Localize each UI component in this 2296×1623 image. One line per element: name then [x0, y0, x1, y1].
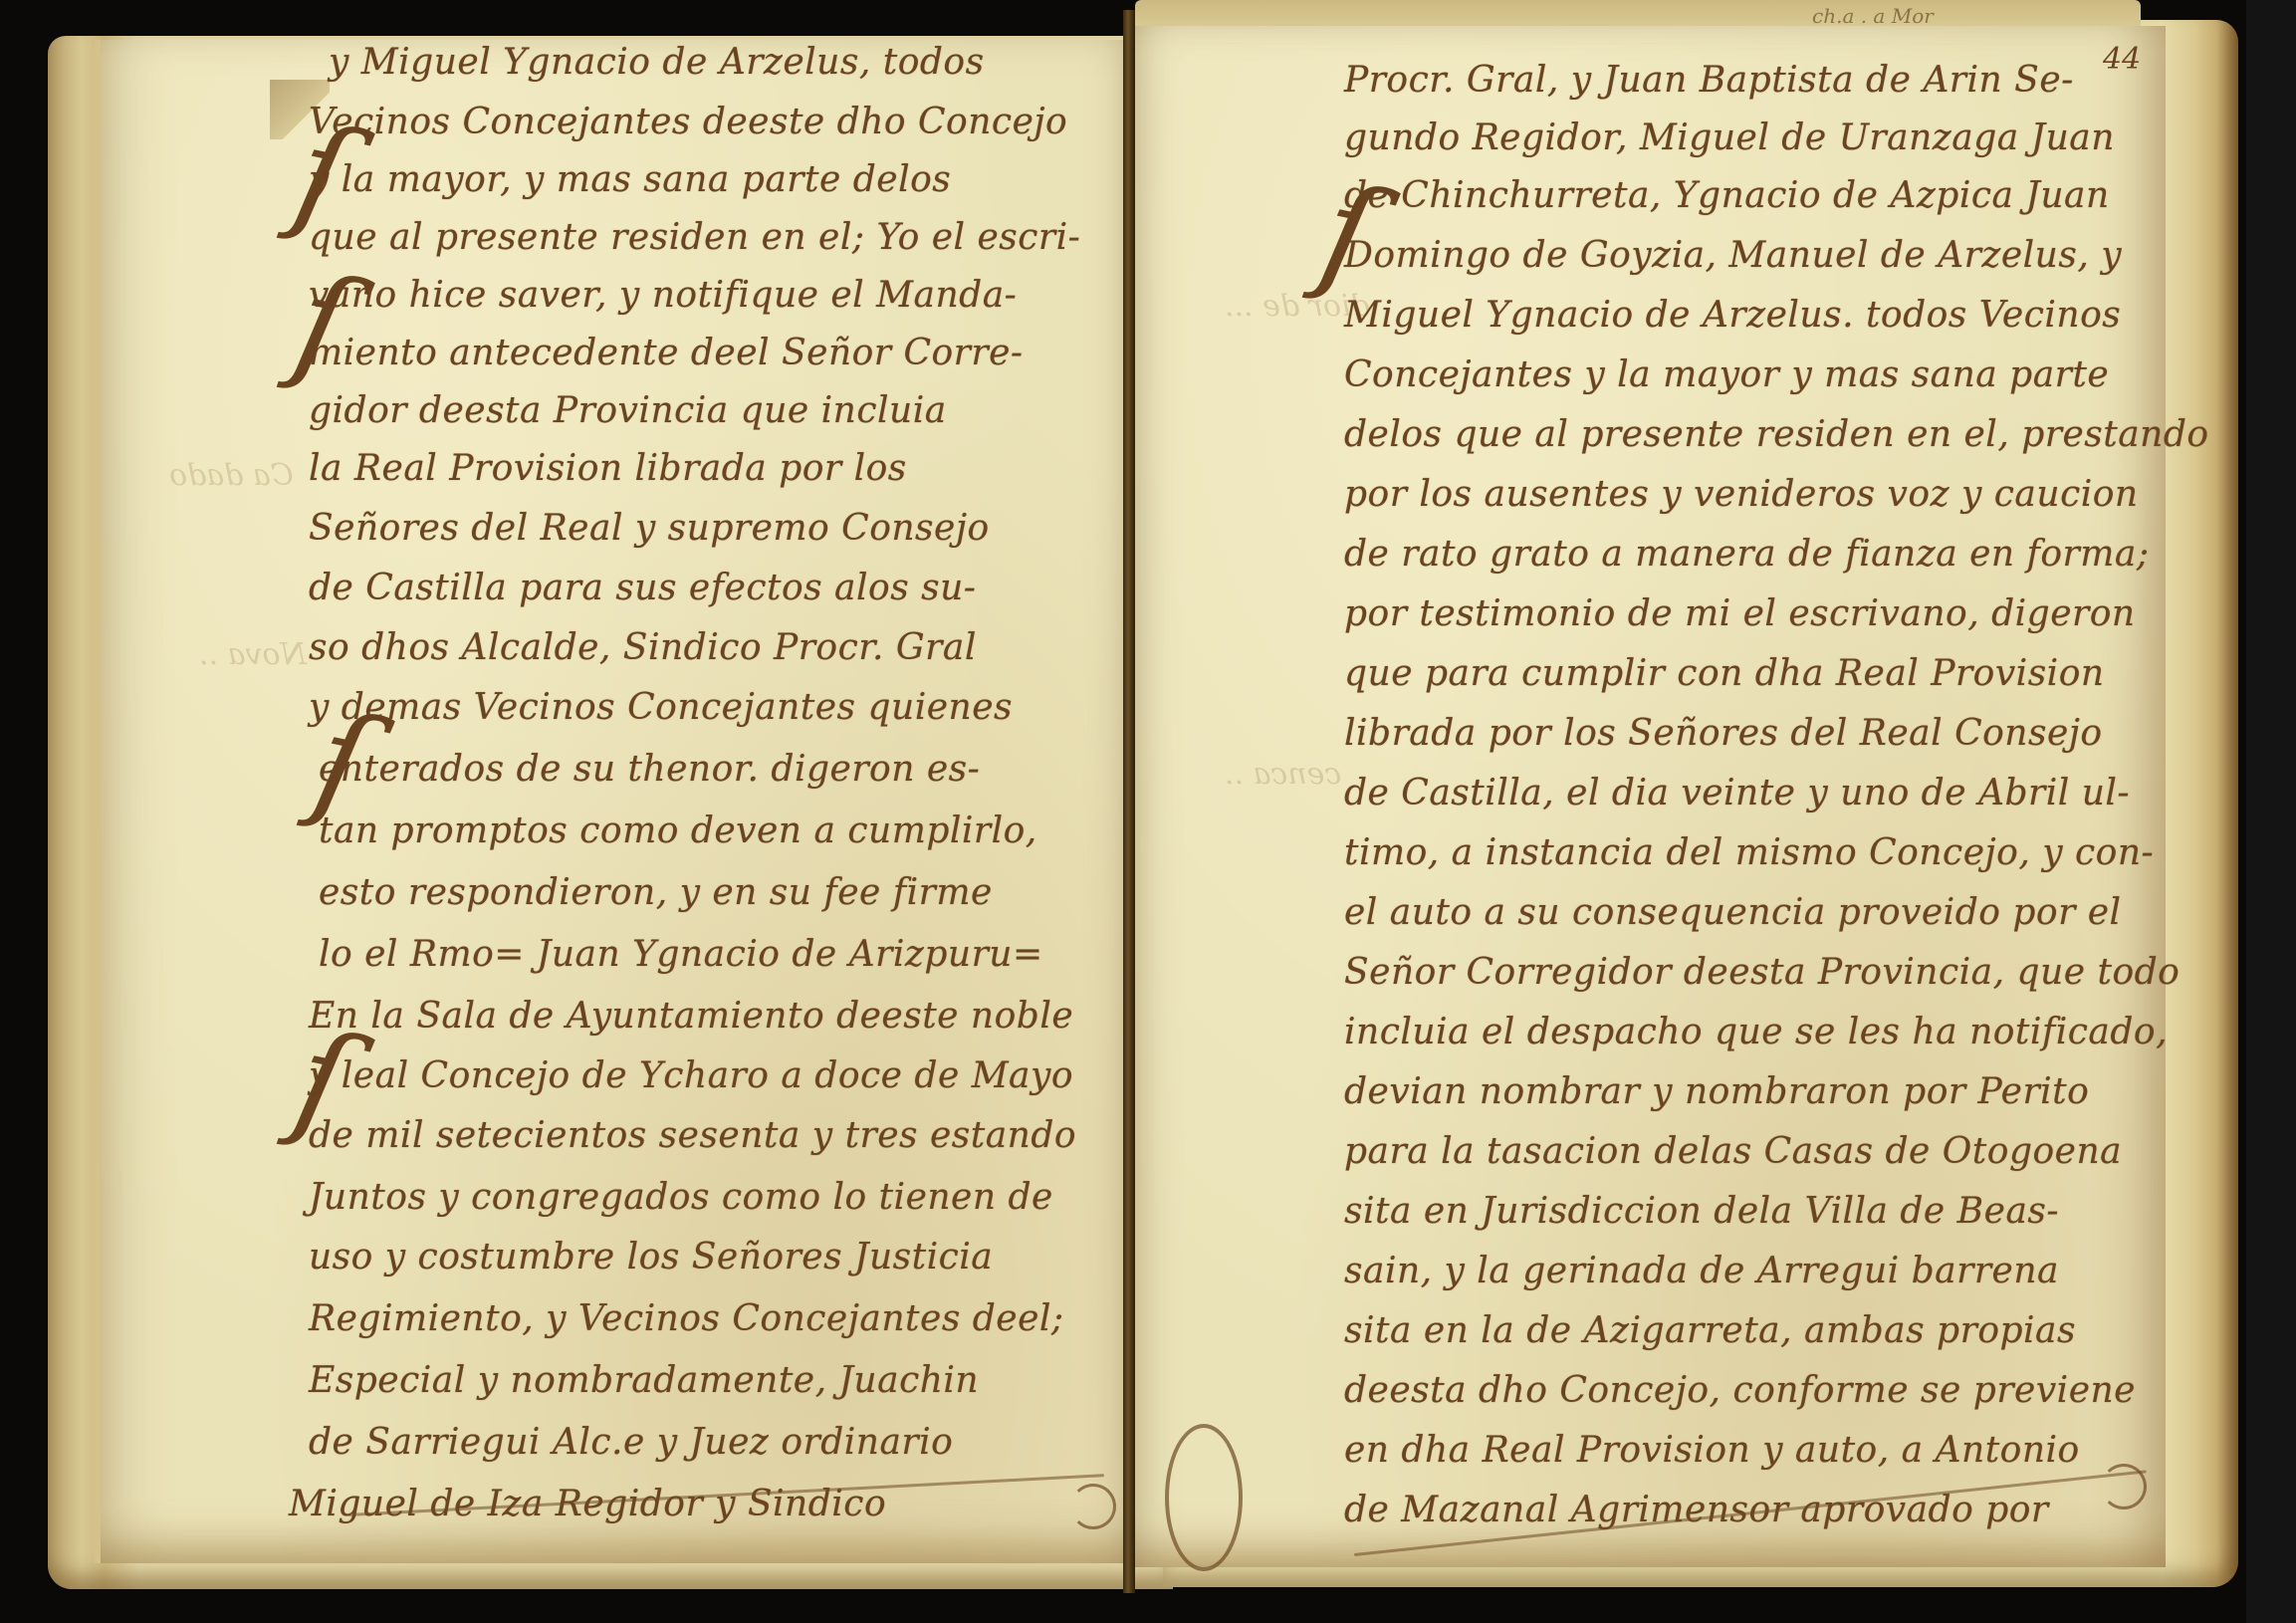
text-line: Domingo de Goyzia, Manuel de Arzelus, y: [1344, 235, 2122, 276]
text-line: y Miguel Ygnacio de Arzelus, todos: [329, 42, 985, 83]
text-line: timo, a instancia del mismo Concejo, y c…: [1344, 832, 2154, 873]
bleed-through-text: Nova ..: [199, 637, 307, 672]
text-line: sain, y la gerinada de Arregui barrena: [1344, 1251, 2059, 1291]
text-line: Señores del Real y supremo Consejo: [309, 508, 990, 549]
closing-flourish: [1070, 1484, 1116, 1529]
bleed-through-text: cenca ..: [1225, 757, 1341, 792]
text-line: de mil setecientos sesenta y tres estand…: [309, 1115, 1076, 1156]
text-line: Señor Corregidor deesta Provincia, que t…: [1344, 952, 2180, 993]
text-line: enterados de su thenor. digeron es-: [319, 749, 980, 790]
text-line: deesta dho Concejo, conforme se previene: [1344, 1370, 2136, 1411]
text-line: de Chinchurreta, Ygnacio de Azpica Juan: [1344, 175, 2110, 216]
text-line: la Real Provision librada por los: [309, 448, 907, 489]
text-line: lo el Rmo= Juan Ygnacio de Arizpuru=: [319, 934, 1043, 975]
text-line: devian nombrar y nombraron por Perito: [1344, 1071, 2089, 1112]
text-line: delos que al presente residen en el, pre…: [1344, 414, 2209, 455]
text-line: uso y costumbre los Señores Justicia: [309, 1237, 993, 1277]
text-line: En la Sala de Ayuntamiento deeste noble: [309, 996, 1073, 1037]
text-line: gidor deesta Provincia que incluia: [309, 390, 947, 431]
text-line: librada por los Señores del Real Consejo: [1344, 713, 2103, 754]
top-stub-text: ch.a . a Mor: [1812, 4, 1934, 28]
text-line: de rato grato a manera de fianza en form…: [1344, 534, 2149, 575]
text-line: so dhos Alcalde, Sindico Procr. Gral: [309, 627, 977, 668]
text-line: esto respondieron, y en su fee firme: [319, 872, 993, 913]
bleed-through-text: Ca dado: [169, 458, 294, 493]
text-line: de Castilla, el dia veinte y uno de Abri…: [1344, 773, 2130, 813]
text-line: sita en la de Azigarreta, ambas propias: [1344, 1310, 2076, 1351]
text-line: de Castilla para sus efectos alos su-: [309, 568, 976, 608]
text-line: sita en Jurisdiccion dela Villa de Beas-: [1344, 1191, 2059, 1232]
text-line: de Sarriegui Alc.e y Juez ordinario: [309, 1422, 953, 1463]
text-line: por testimonio de mi el escrivano, diger…: [1344, 593, 2136, 634]
text-line: Especial y nombradamente, Juachin: [309, 1360, 979, 1401]
text-line: y leal Concejo de Ycharo a doce de Mayo: [309, 1055, 1073, 1096]
text-line: y demas Vecinos Concejantes quienes: [309, 687, 1013, 728]
book-spine: [1123, 10, 1135, 1593]
text-line: para la tasacion delas Casas de Otogoena: [1344, 1131, 2122, 1172]
text-line: el auto a su consequencia proveido por e…: [1344, 892, 2122, 933]
text-line: Regimiento, y Vecinos Concejantes deel;: [309, 1298, 1064, 1339]
text-line: por los ausentes y venideros voz y cauci…: [1344, 474, 2139, 515]
text-line: y la mayor, y mas sana parte delos: [309, 159, 951, 200]
text-line: que para cumplir con dha Real Provision: [1344, 653, 2105, 694]
text-line: que al presente residen en el; Yo el esc…: [309, 217, 1080, 258]
folio-number: 44: [2103, 42, 2141, 77]
text-line: en dha Real Provision y auto, a Antonio: [1344, 1430, 2080, 1471]
text-line: gundo Regidor, Miguel de Uranzaga Juan: [1344, 117, 2115, 158]
text-line: vano hice saver, y notifique el Manda-: [309, 275, 1017, 316]
text-line: Vecinos Concejantes deeste dho Concejo: [309, 102, 1067, 142]
background-strip: [2246, 0, 2296, 1623]
text-line: Miguel Ygnacio de Arzelus. todos Vecinos: [1344, 295, 2121, 336]
text-line: Juntos y congregados como lo tienen de: [309, 1177, 1053, 1218]
margin-loop-flourish: [1165, 1424, 1243, 1571]
text-line: Concejantes y la mayor y mas sana parte: [1344, 354, 2109, 395]
closing-flourish: [2101, 1464, 2147, 1509]
text-line: de Mazanal Agrimensor aprovado por: [1344, 1490, 2049, 1530]
text-line: miento antecedente deel Señor Corre-: [309, 333, 1024, 373]
text-line: tan promptos como deven a cumplirlo,: [319, 811, 1037, 851]
text-line: incluia el despacho que se les ha notifi…: [1344, 1012, 2168, 1052]
text-line: Procr. Gral, y Juan Baptista de Arin Se-: [1344, 60, 2074, 101]
